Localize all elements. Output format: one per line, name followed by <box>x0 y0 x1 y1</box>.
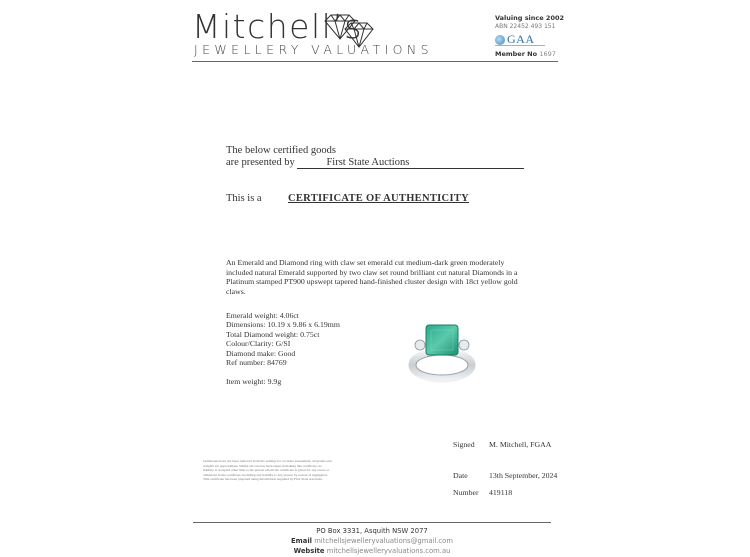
header-divider <box>192 61 558 62</box>
this-is-a-label: This is a <box>226 193 262 204</box>
disclaimer: Gemstones have not been removed from the… <box>203 459 333 482</box>
item-weight: Item weight: 9.9g <box>226 377 281 386</box>
number-value: 419118 <box>489 488 512 497</box>
gaa-underline <box>495 45 545 46</box>
member-number: Member No 1697 <box>495 50 556 58</box>
date-value: 13th September, 2024 <box>489 471 557 480</box>
website-link[interactable]: mitchellsjewelleryvaluations.com.au <box>327 547 451 555</box>
number-label: Number <box>453 488 479 497</box>
intro-line-2: are presented by First State Auctions <box>226 157 524 169</box>
spec-diamond-make: Diamond make: Good <box>226 349 340 358</box>
certificate-title: CERTIFICATE OF AUTHENTICITY <box>288 193 469 204</box>
valuing-since: Valuing since 2002 <box>495 14 564 22</box>
item-description: An Emerald and Diamond ring with claw se… <box>226 258 526 296</box>
email-link[interactable]: mitchellsjewelleryvaluations@gmail.com <box>314 537 453 545</box>
signed-value: M. Mitchell, FGAA <box>489 440 551 449</box>
spec-diamond-weight: Total Diamond weight: 0.75ct <box>226 330 340 339</box>
ring-photo <box>400 305 484 389</box>
email-label: Email <box>291 537 312 545</box>
spec-ref-number: Ref number: 84769 <box>226 358 340 367</box>
spec-dimensions: Dimensions: 10.19 x 9.86 x 6.19mm <box>226 320 340 329</box>
presented-by-label: are presented by <box>226 157 295 168</box>
abn: ABN 22452 493 151 <box>495 23 555 30</box>
signed-label: Signed <box>453 440 475 449</box>
spec-colour-clarity: Colour/Clarity: G/SI <box>226 339 340 348</box>
member-label: Member No <box>495 50 537 58</box>
footer-address: PO Box 3331, Asquith NSW 2077 <box>193 527 551 535</box>
footer-email: Email mitchellsjewelleryvaluations@gmail… <box>193 537 551 545</box>
gaa-globe-icon <box>495 35 505 45</box>
website-label: Website <box>294 547 325 555</box>
member-value: 1697 <box>539 50 556 58</box>
date-label: Date <box>453 471 468 480</box>
item-specs: Emerald weight: 4.06ct Dimensions: 10.19… <box>226 311 340 367</box>
footer-divider <box>193 522 551 523</box>
intro-line-1: The below certified goods <box>226 145 336 156</box>
presented-by-value: First State Auctions <box>297 157 524 169</box>
spec-emerald-weight: Emerald weight: 4.06ct <box>226 311 340 320</box>
footer-website: Website mitchellsjewelleryvaluations.com… <box>193 547 551 555</box>
brand-subtitle: JEWELLERY VALUATIONS <box>194 42 433 57</box>
